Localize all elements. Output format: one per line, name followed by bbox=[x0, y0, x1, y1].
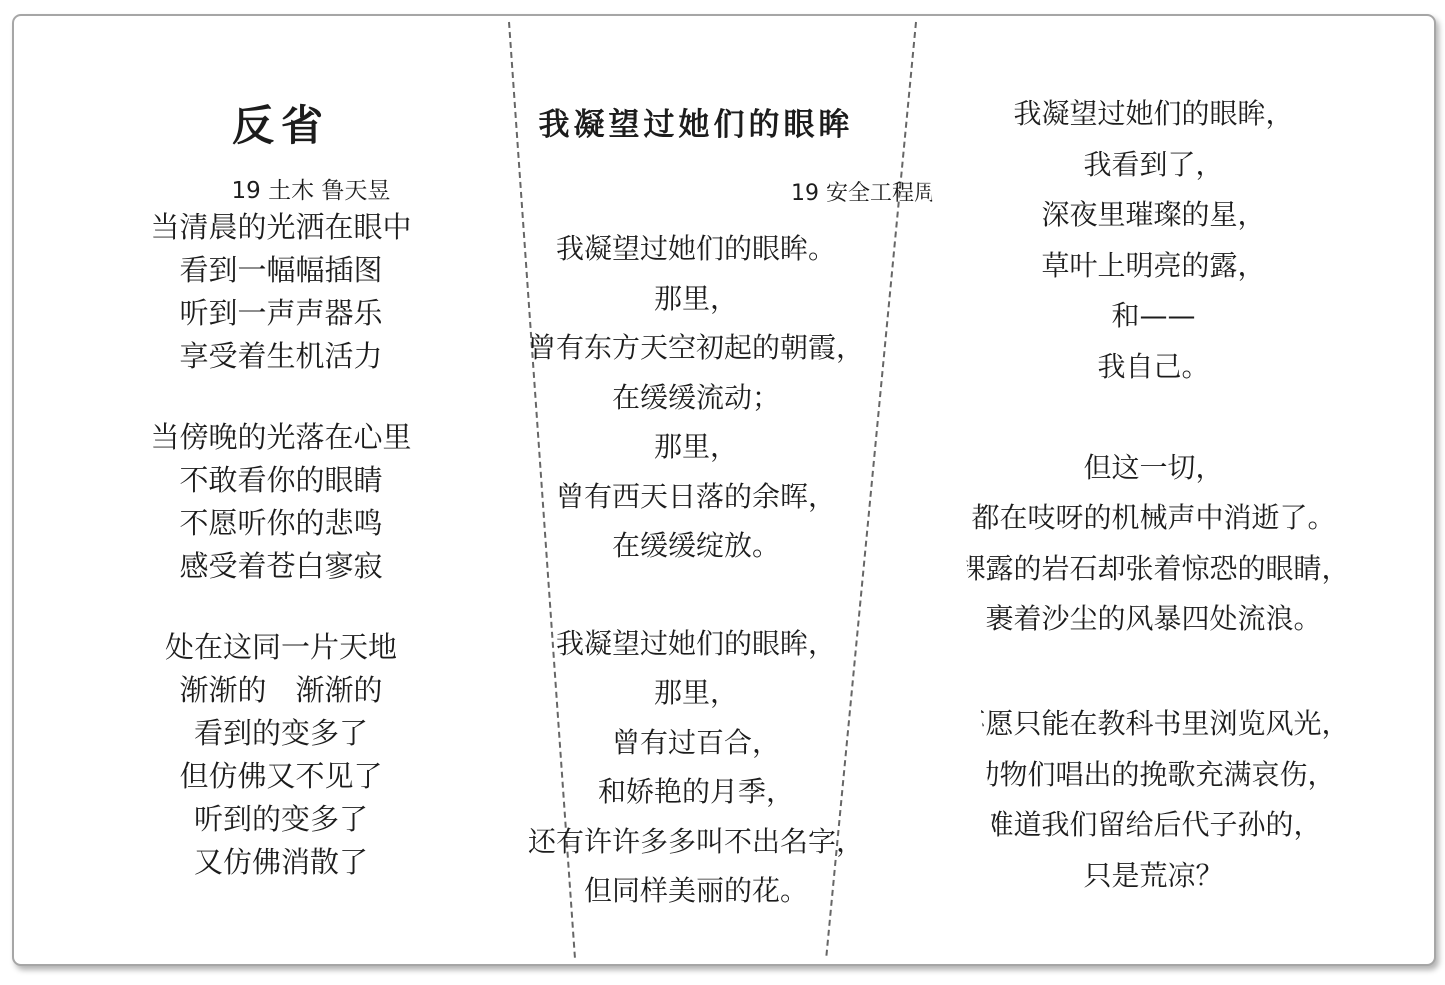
poem-line: 和娇艳的月季， bbox=[434, 767, 958, 817]
poem-line: 那里， bbox=[434, 668, 958, 718]
poem-line: 处在这同一片天地 bbox=[61, 626, 501, 669]
poem-line: 不敢看你的眼睛 bbox=[61, 459, 501, 502]
stanza: 我凝望过她们的眼眸，我看到了，深夜里璀璨的星，草叶上明亮的露，和——我自己。 bbox=[886, 89, 1421, 393]
stanza: 但这一切，都在吱呀的机械声中消逝了。裸露的岩石却张着惊恐的眼睛，裹着沙尘的风暴四… bbox=[886, 443, 1421, 645]
stanza: 我凝望过她们的眼眸。那里，曾有东方天空初起的朝霞，在缓缓流动；那里，曾有西天日落… bbox=[434, 224, 958, 571]
poem-line: 听到一声声器乐 bbox=[61, 292, 501, 335]
poem-title-ningwang: 我凝望过她们的眼眸 bbox=[434, 106, 958, 144]
poem-line: 在缓缓绽放。 bbox=[434, 521, 958, 571]
poem-line: 但这一切， bbox=[886, 443, 1421, 494]
poem-line: 听到的变多了 bbox=[61, 798, 501, 841]
poem-line: 难道我们留给后代子孙的， bbox=[886, 800, 1421, 851]
poem-line: 曾有西天日落的余晖， bbox=[434, 472, 958, 522]
poem-line: 渐渐的 渐渐的 bbox=[61, 669, 501, 712]
poem-line: 看到一幅幅插图 bbox=[61, 249, 501, 292]
poem-line: 曾有过百合， bbox=[434, 718, 958, 768]
stanza: 我凝望过她们的眼眸，那里，曾有过百合，和娇艳的月季，还有许许多多叫不出名字，但同… bbox=[434, 619, 958, 916]
stanza: 当清晨的光洒在眼中看到一幅幅插图听到一声声器乐享受着生机活力 bbox=[61, 206, 501, 378]
poem-line: 我凝望过她们的眼眸。 bbox=[434, 224, 958, 274]
poem-line: 裸露的岩石却张着惊恐的眼睛， bbox=[886, 544, 1421, 595]
poem-line: 我凝望过她们的眼眸， bbox=[886, 89, 1421, 140]
poem-line: 我凝望过她们的眼眸， bbox=[434, 619, 958, 669]
poem-column-right: 我凝望过她们的眼眸，我看到了，深夜里璀璨的星，草叶上明亮的露，和——我自己。 但… bbox=[903, 22, 1436, 960]
poem-line: 享受着生机活力 bbox=[61, 335, 501, 378]
poem-line: 又仿佛消散了 bbox=[61, 841, 501, 884]
poem-line: 只是荒凉？ bbox=[886, 851, 1421, 902]
stanza: 不愿只能在教科书里浏览风光，动物们唱出的挽歌充满哀伤，难道我们留给后代子孙的，只… bbox=[886, 699, 1421, 901]
poem-line: 但同样美丽的花。 bbox=[434, 866, 958, 916]
poem-author-middle: 19 安全工程周修 bbox=[434, 180, 958, 208]
poem-line: 感受着苍白寥寂 bbox=[61, 545, 501, 588]
poem-line: 那里， bbox=[434, 274, 958, 324]
poem-line: 那里， bbox=[434, 422, 958, 472]
poem-line: 和—— bbox=[886, 291, 1421, 342]
poem-line: 草叶上明亮的露， bbox=[886, 241, 1421, 292]
poem-line: 我看到了， bbox=[886, 140, 1421, 191]
poem-line: 裹着沙尘的风暴四处流浪。 bbox=[886, 594, 1421, 645]
poem-title-fanxing: 反省 bbox=[61, 102, 501, 150]
poem-column-middle: 我凝望过她们的眼眸 19 安全工程周修 我凝望过她们的眼眸。那里，曾有东方天空初… bbox=[434, 22, 958, 960]
poem-line: 但仿佛又不见了 bbox=[61, 755, 501, 798]
poem-column-right-content: 我凝望过她们的眼眸，我看到了，深夜里璀璨的星，草叶上明亮的露，和——我自己。 但… bbox=[886, 89, 1421, 901]
poem-line: 深夜里璀璨的星， bbox=[886, 190, 1421, 241]
poem-column-left: 反省 19 土木 鲁天昱 当清晨的光洒在眼中看到一幅幅插图听到一声声器乐享受着生… bbox=[61, 22, 501, 960]
poem-line: 不愿听你的悲鸣 bbox=[61, 502, 501, 545]
stanza: 处在这同一片天地渐渐的 渐渐的看到的变多了但仿佛又不见了听到的变多了又仿佛消散了 bbox=[61, 626, 501, 884]
poem-author-left: 19 土木 鲁天昱 bbox=[91, 176, 531, 206]
poem-line: 不愿只能在教科书里浏览风光， bbox=[886, 699, 1421, 750]
scanned-poem-page: { "document": { "colors": { "text": "#1c… bbox=[0, 0, 1445, 985]
poem-line: 在缓缓流动； bbox=[434, 373, 958, 423]
poem-line: 当傍晚的光落在心里 bbox=[61, 416, 501, 459]
poem-line: 动物们唱出的挽歌充满哀伤， bbox=[886, 750, 1421, 801]
poem-line: 还有许许多多叫不出名字， bbox=[434, 817, 958, 867]
document-page: 反省 19 土木 鲁天昱 当清晨的光洒在眼中看到一幅幅插图听到一声声器乐享受着生… bbox=[12, 14, 1436, 966]
poem-line: 曾有东方天空初起的朝霞， bbox=[434, 323, 958, 373]
poem-line: 看到的变多了 bbox=[61, 712, 501, 755]
poem-line: 都在吱呀的机械声中消逝了。 bbox=[886, 493, 1421, 544]
poem-line: 当清晨的光洒在眼中 bbox=[61, 206, 501, 249]
stanza: 当傍晚的光落在心里不敢看你的眼睛不愿听你的悲鸣感受着苍白寥寂 bbox=[61, 416, 501, 588]
poem-line: 我自己。 bbox=[886, 342, 1421, 393]
